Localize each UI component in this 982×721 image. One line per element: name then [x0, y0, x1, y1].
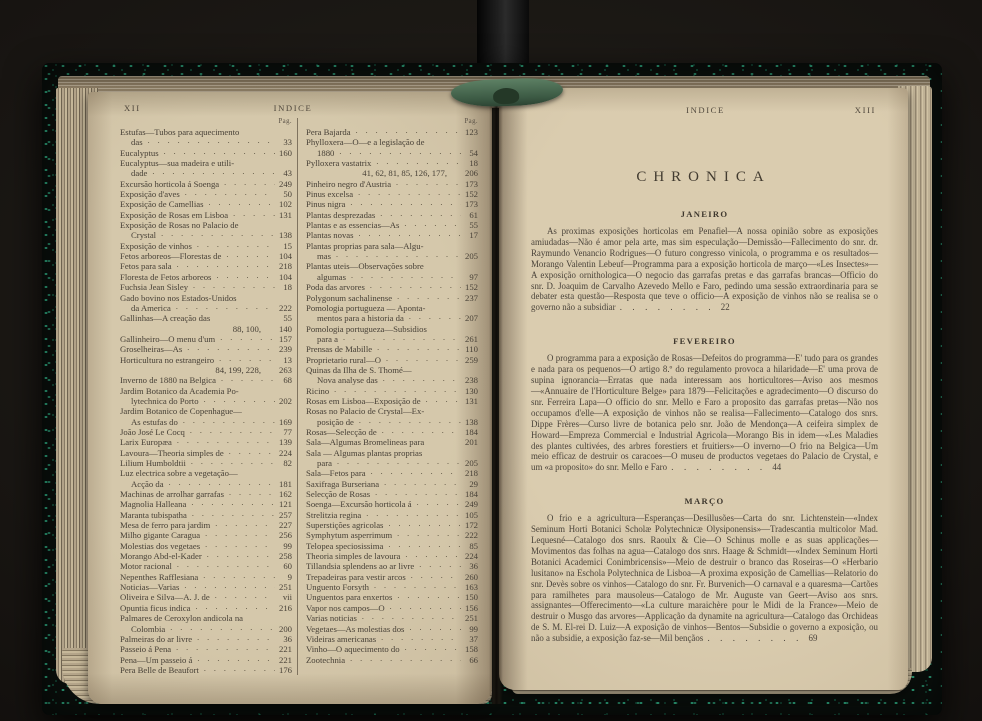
- dot-leader: [182, 344, 275, 354]
- dot-leader: [378, 375, 461, 385]
- entry-page-number: 158: [464, 644, 478, 654]
- entry-title: Plantas uteis—Observações sobre: [306, 261, 424, 271]
- dot-leader: [351, 127, 461, 137]
- dot-leader: [667, 462, 768, 472]
- entry-title: Phylloxera—O—e a legislação de: [306, 137, 424, 147]
- index-entry: Gallinhas—A creação das55: [120, 313, 292, 323]
- index-entry: Strelitzia regina105: [306, 510, 478, 520]
- entry-title: Jardim Botanico da Academia Po-: [120, 386, 239, 396]
- index-column-1: Pag. Estufas—Tubos para aquecimentodas33…: [120, 118, 297, 675]
- index-entry: Phylloxera—O—e a legislação de: [306, 137, 478, 147]
- entry-page-number: 150: [464, 592, 478, 602]
- entry-page-number: 15: [278, 241, 292, 251]
- dot-leader: [156, 230, 275, 240]
- entry-page-number: 140: [278, 324, 292, 334]
- index-entry: Rosas—Selecção de184: [306, 427, 478, 437]
- index-entry: Plantas uteis—Observações sobre: [306, 261, 478, 271]
- index-entry: Floresta de Fetos arboreos104: [120, 272, 292, 282]
- entry-page-number: 18: [278, 282, 292, 292]
- entry-title: Eucalyptus: [120, 148, 159, 158]
- entry-title: Gado bovino nos Estados-Unidos: [120, 293, 237, 303]
- entry-page-number: 173: [464, 179, 478, 189]
- entry-title: Exposição de vinhos: [120, 241, 192, 251]
- entry-page-number: 123: [464, 127, 478, 137]
- entry-title: Pinus nigra: [306, 199, 345, 209]
- dot-leader: [172, 561, 275, 571]
- section-page-number: 69: [805, 633, 818, 643]
- index-entry: Fuchsia Jean Sisley18: [120, 282, 292, 292]
- entry-page-number: 207: [464, 313, 478, 323]
- index-entry: Oliveira e Silva—A. J. devii: [120, 592, 292, 602]
- index-entry: posição de138: [306, 417, 478, 427]
- left-folio-number: XII: [124, 103, 237, 113]
- entry-title: Prensas de Mabille: [306, 344, 372, 354]
- dot-leader: [400, 551, 461, 561]
- index-entry: Machinas de arrolhar garrafas162: [120, 489, 292, 499]
- entry-page-number: 259: [464, 355, 478, 365]
- index-columns: Pag. Estufas—Tubos para aquecimentodas33…: [120, 118, 478, 675]
- index-entry: algumas97: [306, 272, 478, 282]
- entry-title: das: [120, 137, 143, 147]
- dot-leader: [345, 199, 461, 209]
- header-spacer: [349, 103, 462, 113]
- entry-title: Molestias dos vegetaes: [120, 541, 200, 551]
- index-entry: Molestias dos vegetaes99: [120, 541, 292, 551]
- index-entry: Gallinheiro—O menu d'um157: [120, 334, 292, 344]
- entry-title: Pera Bajarda: [306, 127, 351, 137]
- right-page: INDICE XIII CHRONICA JANEIRO As proximas…: [499, 88, 908, 690]
- entry-title: Luz electrica sobre a vegetação—: [120, 468, 238, 478]
- index-entry: Plantas e as essencias—As55: [306, 220, 478, 230]
- dot-leader: [172, 261, 275, 271]
- index-entry: As estufas do169: [120, 417, 292, 427]
- pag-column-header: Pag.: [120, 118, 292, 125]
- entry-title: algumas: [306, 272, 346, 282]
- month-section: FEVEREIRO O programma para a exposição d…: [531, 336, 878, 473]
- index-entry: Rosas no Palacio de Crystal—Ex-: [306, 406, 478, 416]
- dot-leader: [224, 489, 275, 499]
- index-entry: Larix Europæa139: [120, 437, 292, 447]
- index-entry: Polygonum sachalinense237: [306, 293, 478, 303]
- index-column-2: Pag. Pera Bajarda123Phylloxera—O—e a leg…: [297, 118, 478, 675]
- entry-page-number: 218: [464, 468, 478, 478]
- dot-leader: [345, 655, 461, 665]
- entry-page-number: 97: [464, 272, 478, 282]
- index-entry: dade43: [120, 168, 292, 178]
- dot-leader: [147, 168, 275, 178]
- entry-title: Rosas—Selecção de: [306, 427, 377, 437]
- entry-title: Exposição de Camellias: [120, 199, 203, 209]
- entry-page-number: 29: [464, 479, 478, 489]
- dot-leader: [383, 541, 461, 551]
- index-entry: Superstições agricolas172: [306, 520, 478, 530]
- entry-title: Palmares de Ceroxylon andicola na: [120, 613, 243, 623]
- entry-page-number: 9: [278, 572, 292, 582]
- entry-page-number: 36: [278, 634, 292, 644]
- entry-title: Lavoura—Theoria simples de: [120, 448, 224, 458]
- index-entry: Motor racional60: [120, 561, 292, 571]
- dot-leader: [172, 437, 275, 447]
- dot-leader: [400, 644, 461, 654]
- right-folio-number: XIII: [855, 105, 876, 115]
- dot-leader: [199, 396, 275, 406]
- entry-title: Plantas proprias para sala—Algu-: [306, 241, 424, 251]
- entry-page-number: 163: [464, 582, 478, 592]
- index-entry: Ricino130: [306, 386, 478, 396]
- dot-leader: [346, 272, 461, 282]
- index-entry: Poda das arvores152: [306, 282, 478, 292]
- index-entry: lytechnica do Porto202: [120, 396, 292, 406]
- entry-title: Plantas desprezadas: [306, 210, 375, 220]
- dot-leader: [179, 582, 275, 592]
- index-entry: Crystal138: [120, 230, 292, 240]
- dot-leader: [375, 210, 461, 220]
- index-entry: Theoria simples de lavoura224: [306, 551, 478, 561]
- entry-page-number: 17: [464, 230, 478, 240]
- dot-leader: [192, 655, 275, 665]
- dot-leader: [392, 592, 461, 602]
- index-entry: Pylloxera vastatrix18: [306, 158, 478, 168]
- dot-leader: [180, 189, 275, 199]
- dot-leader: [412, 499, 461, 509]
- dot-leader: [376, 634, 461, 644]
- left-running-title: INDICE: [237, 103, 350, 113]
- entry-page-number: 184: [464, 427, 478, 437]
- entry-title: Palmeiras do ar livre: [120, 634, 192, 644]
- dot-leader: [198, 572, 275, 582]
- entry-page-number: 202: [278, 396, 292, 406]
- dot-leader: [192, 241, 275, 251]
- entry-title: Milho gigante Caragua: [120, 530, 200, 540]
- dot-leader: [385, 603, 461, 613]
- entry-page-number: 104: [278, 251, 292, 261]
- dot-leader: [219, 179, 275, 189]
- dot-leader: [353, 189, 461, 199]
- dot-leader: [203, 199, 275, 209]
- dot-leader: [366, 468, 461, 478]
- entry-page-number: 221: [278, 655, 292, 665]
- entry-title: Pena—Um passeio á: [120, 655, 192, 665]
- entry-page-number: 77: [278, 427, 292, 437]
- entry-page-number: 238: [464, 375, 478, 385]
- entry-title: Noticias—Varias: [120, 582, 179, 592]
- entry-page-number: 50: [278, 189, 292, 199]
- entry-title: 84, 199, 228,: [215, 365, 261, 375]
- entry-title: Fetos para sala: [120, 261, 172, 271]
- entry-title: Excursão horticola á Soenga: [120, 179, 219, 189]
- index-entry: 41, 62, 81, 85, 126, 177,206: [306, 168, 478, 178]
- dot-leader: [369, 582, 461, 592]
- chapter-title: CHRONICA: [499, 169, 908, 186]
- entry-title: Rosas no Palacio de Crystal—Ex-: [306, 406, 424, 416]
- section-page-number: 44: [768, 462, 781, 472]
- index-entry: Vegetaes—As molestias dos99: [306, 624, 478, 634]
- dot-leader: [616, 302, 717, 312]
- entry-page-number: 162: [278, 489, 292, 499]
- dot-leader: [171, 303, 275, 313]
- dot-leader: [200, 530, 275, 540]
- dot-leader: [399, 220, 461, 230]
- entry-page-number: 152: [464, 282, 478, 292]
- index-entry: Colombia200: [120, 624, 292, 634]
- index-entry: Acção da181: [120, 479, 292, 489]
- index-entry: Vinho—O aquecimento do158: [306, 644, 478, 654]
- entry-title: Crystal: [120, 230, 156, 240]
- entry-page-number: 68: [278, 375, 292, 385]
- entry-page-number: 257: [278, 510, 292, 520]
- entry-page-number: 227: [278, 520, 292, 530]
- dot-leader: [381, 355, 461, 365]
- index-entry: Jardim Botanico da Academia Po-: [120, 386, 292, 396]
- dot-leader: [370, 489, 461, 499]
- index-entry: Selecção de Rosas184: [306, 489, 478, 499]
- entry-page-number: 13: [278, 355, 292, 365]
- entry-title: Sala — Algumas plantas proprias: [306, 448, 422, 458]
- entry-title: Zootechnia: [306, 655, 345, 665]
- entry-page-number: 263: [278, 365, 292, 375]
- entry-page-number: 173: [464, 199, 478, 209]
- index-entry: Pera Belle de Beaufort176: [120, 665, 292, 675]
- entry-title: Pera Belle de Beaufort: [120, 665, 199, 675]
- entry-page-number: 216: [278, 603, 292, 613]
- section-page-number: 22: [717, 302, 730, 312]
- entry-page-number: 239: [278, 344, 292, 354]
- dot-leader: [424, 437, 461, 447]
- entry-page-number: 222: [278, 303, 292, 313]
- entry-title: Colombia: [120, 624, 165, 634]
- entry-page-number: 99: [464, 624, 478, 634]
- entry-page-number: 256: [278, 530, 292, 540]
- entry-title: Theoria simples de lavoura: [306, 551, 400, 561]
- entry-title: Mesa de ferro para jardim: [120, 520, 210, 530]
- index-entry: Pena—Um passeio á221: [120, 655, 292, 665]
- month-heading: MARÇO: [531, 496, 878, 506]
- entry-page-number: 258: [278, 551, 292, 561]
- dot-leader: [200, 541, 275, 551]
- index-entry: Sala—Fetos para218: [306, 468, 478, 478]
- month-summary: O frio e a agricultura—Esperanças—Desill…: [531, 513, 878, 644]
- index-entry: Magnolia Halleana121: [120, 499, 292, 509]
- entry-title: Eucalyptus—sua madeira e utili-: [120, 158, 234, 168]
- entry-title: Strelitzia regina: [306, 510, 361, 520]
- entry-page-number: 61: [464, 210, 478, 220]
- index-entry: Telopea speciosissima85: [306, 541, 478, 551]
- entry-page-number: 205: [464, 458, 478, 468]
- dot-leader: [414, 561, 461, 571]
- entry-title: Oliveira e Silva—A. J. de: [120, 592, 210, 602]
- index-entry: Gado bovino nos Estados-Unidos: [120, 293, 292, 303]
- entry-page-number: 224: [464, 551, 478, 561]
- dot-leader: [186, 499, 275, 509]
- index-entry: Pinus nigra173: [306, 199, 478, 209]
- entry-page-number: 33: [278, 137, 292, 147]
- entry-title: mentos para a historia da: [306, 313, 404, 323]
- index-entry: Rosas em Lisboa—Exposição de131: [306, 396, 478, 406]
- entry-page-number: 260: [464, 572, 478, 582]
- entry-title: Saxifraga Burseriana: [306, 479, 379, 489]
- entry-title: João José Le Cocq: [120, 427, 185, 437]
- entry-title: Pomologia portugueza—Subsidios: [306, 324, 427, 334]
- index-entry: Plantas novas17: [306, 230, 478, 240]
- dot-leader: [199, 665, 275, 675]
- dot-leader: [338, 334, 461, 344]
- summary-text: As proximas exposições horticolas em Pen…: [531, 226, 878, 312]
- entry-title: Quinas da Ilha de S. Thomé—: [306, 365, 412, 375]
- entry-title: Vegetaes—As molestias dos: [306, 624, 404, 634]
- entry-title: mas: [306, 251, 331, 261]
- entry-page-number: vii: [278, 592, 292, 602]
- entry-title: 1880: [306, 148, 334, 158]
- dot-leader: [210, 592, 275, 602]
- index-entry: para a261: [306, 334, 478, 344]
- index-entry: Unguentos para enxertos150: [306, 592, 478, 602]
- entry-title: Exposição de Rosas no Palacio de: [120, 220, 238, 230]
- entry-page-number: 218: [278, 261, 292, 271]
- month-section: JANEIRO As proximas exposições horticola…: [531, 209, 878, 313]
- entry-title: lytechnica do Porto: [120, 396, 199, 406]
- month-heading: JANEIRO: [531, 209, 878, 219]
- entry-title: Sala—Fetos para: [306, 468, 366, 478]
- dot-leader: [186, 458, 275, 468]
- index-entry: Pera Bajarda123: [306, 127, 478, 137]
- entry-page-number: 18: [464, 158, 478, 168]
- summary-text: O frio e a agricultura—Esperanças—Desill…: [531, 513, 878, 643]
- entry-title: Unguento Forsyth: [306, 582, 369, 592]
- dot-leader: [190, 603, 275, 613]
- entry-title: Vapor nos campos—O: [306, 603, 385, 613]
- dot-leader: [361, 510, 461, 520]
- entry-page-number: 221: [278, 644, 292, 654]
- entry-title: Opuntia ficus indica: [120, 603, 190, 613]
- entry-title: Morango Abd-el-Kader: [120, 551, 202, 561]
- index-entry: Saxifraga Burseriana29: [306, 479, 478, 489]
- dot-leader: [392, 530, 461, 540]
- pag-column-header: Pag.: [306, 118, 478, 125]
- entry-page-number: 54: [464, 148, 478, 158]
- entry-title: Poda das arvores: [306, 282, 365, 292]
- entry-title: Groselheiras—As: [120, 344, 182, 354]
- index-entry: Horticultura no estrangeiro13: [120, 355, 292, 365]
- month-summary: As proximas exposições horticolas em Pen…: [531, 226, 878, 313]
- entry-title: Sala—Algumas Bromelineas para: [306, 437, 424, 447]
- index-entry: Sala—Algumas Bromelineas para201: [306, 437, 478, 447]
- dot-leader: [404, 624, 461, 634]
- entry-title: Selecção de Rosas: [306, 489, 370, 499]
- index-entry: Morango Abd-el-Kader258: [120, 551, 292, 561]
- entry-title: Gallinheiro—O menu d'um: [120, 334, 215, 344]
- index-rows-2: Pera Bajarda123Phylloxera—O—e a legislaç…: [306, 127, 478, 665]
- entry-page-number: 139: [278, 437, 292, 447]
- entry-title: Rosas em Lisboa—Exposição de: [306, 396, 421, 406]
- index-entry: Varias noticias251: [306, 613, 478, 623]
- dot-leader: [216, 375, 275, 385]
- entry-page-number: 36: [464, 561, 478, 571]
- dot-leader: [391, 179, 461, 189]
- entry-title: Plantas novas: [306, 230, 354, 240]
- dot-leader: [329, 386, 461, 396]
- index-entry: Pomologia portugueza — Aponta-: [306, 303, 478, 313]
- index-entry: Nova analyse das238: [306, 375, 478, 385]
- dot-leader: [354, 230, 461, 240]
- left-page: XII INDICE Pag. Estufas—Tubos para aquec…: [88, 92, 492, 704]
- entry-title: posição de: [306, 417, 354, 427]
- index-entry: Fetos arboreos—Florestas de104: [120, 251, 292, 261]
- index-entry: Plantas desprezadas61: [306, 210, 478, 220]
- index-entry: Quinas da Ilha de S. Thomé—: [306, 365, 478, 375]
- index-entry: Exposição de Camellias102: [120, 199, 292, 209]
- dot-leader: [178, 417, 275, 427]
- entry-title: Vinho—O aquecimento do: [306, 644, 400, 654]
- gutter-shadow: [489, 84, 503, 704]
- index-entry: Tillandsia splendens ao ar livre36: [306, 561, 478, 571]
- index-entry: Palmeiras do ar livre36: [120, 634, 292, 644]
- entry-title: Pomologia portugueza — Aponta-: [306, 303, 425, 313]
- entry-title: Floresta de Fetos arboreos: [120, 272, 211, 282]
- index-entry: 84, 199, 228,263: [120, 365, 292, 375]
- dot-leader: [192, 634, 275, 644]
- summary-text: O programma para a exposição de Rosas—De…: [531, 353, 878, 472]
- entry-title: para: [306, 458, 332, 468]
- index-entry: Soenga—Excursão horticola á249: [306, 499, 478, 509]
- book-photo: XII INDICE Pag. Estufas—Tubos para aquec…: [0, 0, 982, 721]
- dot-leader: [357, 613, 461, 623]
- entry-title: Exposição de Rosas em Lisboa: [120, 210, 228, 220]
- index-entry: Vapor nos campos—O156: [306, 603, 478, 613]
- index-entry: das33: [120, 137, 292, 147]
- index-entry: Milho gigante Caragua256: [120, 530, 292, 540]
- entry-title: Jardim Botanico de Copenhague—: [120, 406, 242, 416]
- dot-leader: [332, 458, 461, 468]
- dot-leader: [379, 479, 461, 489]
- entry-title: Pylloxera vastatrix: [306, 158, 371, 168]
- entry-title: Lilium Humboldtii: [120, 458, 186, 468]
- entry-page-number: 181: [278, 479, 292, 489]
- index-entry: mas205: [306, 251, 478, 261]
- entry-page-number: 261: [464, 334, 478, 344]
- entry-title: Gallinhas—A creação das: [120, 313, 210, 323]
- entry-title: Soenga—Excursão horticola á: [306, 499, 412, 509]
- header-spacer: [535, 105, 686, 115]
- entry-page-number: 138: [278, 230, 292, 240]
- entry-title: Horticultura no estrangeiro: [120, 355, 214, 365]
- dot-leader: [171, 644, 275, 654]
- dot-leader: [143, 137, 275, 147]
- entry-page-number: 85: [464, 541, 478, 551]
- index-entry: Sala — Algumas plantas proprias: [306, 448, 478, 458]
- entry-title: Estufas—Tubos para aquecimento: [120, 127, 239, 137]
- entry-title: Passeio á Pena: [120, 644, 171, 654]
- index-entry: Opuntia ficus indica216: [120, 603, 292, 613]
- right-running-title: INDICE: [686, 105, 725, 115]
- entry-page-number: 55: [464, 220, 478, 230]
- index-entry: Unguento Forsyth163: [306, 582, 478, 592]
- entry-page-number: 251: [278, 582, 292, 592]
- entry-title: Acção da: [120, 479, 164, 489]
- entry-title: Motor racional: [120, 561, 172, 571]
- entry-page-number: 206: [464, 168, 478, 178]
- entry-title: da America: [120, 303, 171, 313]
- entry-title: Polygonum sachalinense: [306, 293, 392, 303]
- entry-page-number: 237: [464, 293, 478, 303]
- dot-leader: [211, 272, 275, 282]
- dot-leader: [372, 344, 461, 354]
- entry-title: Tillandsia splendens ao ar livre: [306, 561, 414, 571]
- entry-page-number: 184: [464, 489, 478, 499]
- index-entry: Eucalyptus—sua madeira e utili-: [120, 158, 292, 168]
- entry-title: dade: [120, 168, 147, 178]
- index-entry: Palmares de Ceroxylon andicola na: [120, 613, 292, 623]
- entry-title: Symphytum asperrimum: [306, 530, 392, 540]
